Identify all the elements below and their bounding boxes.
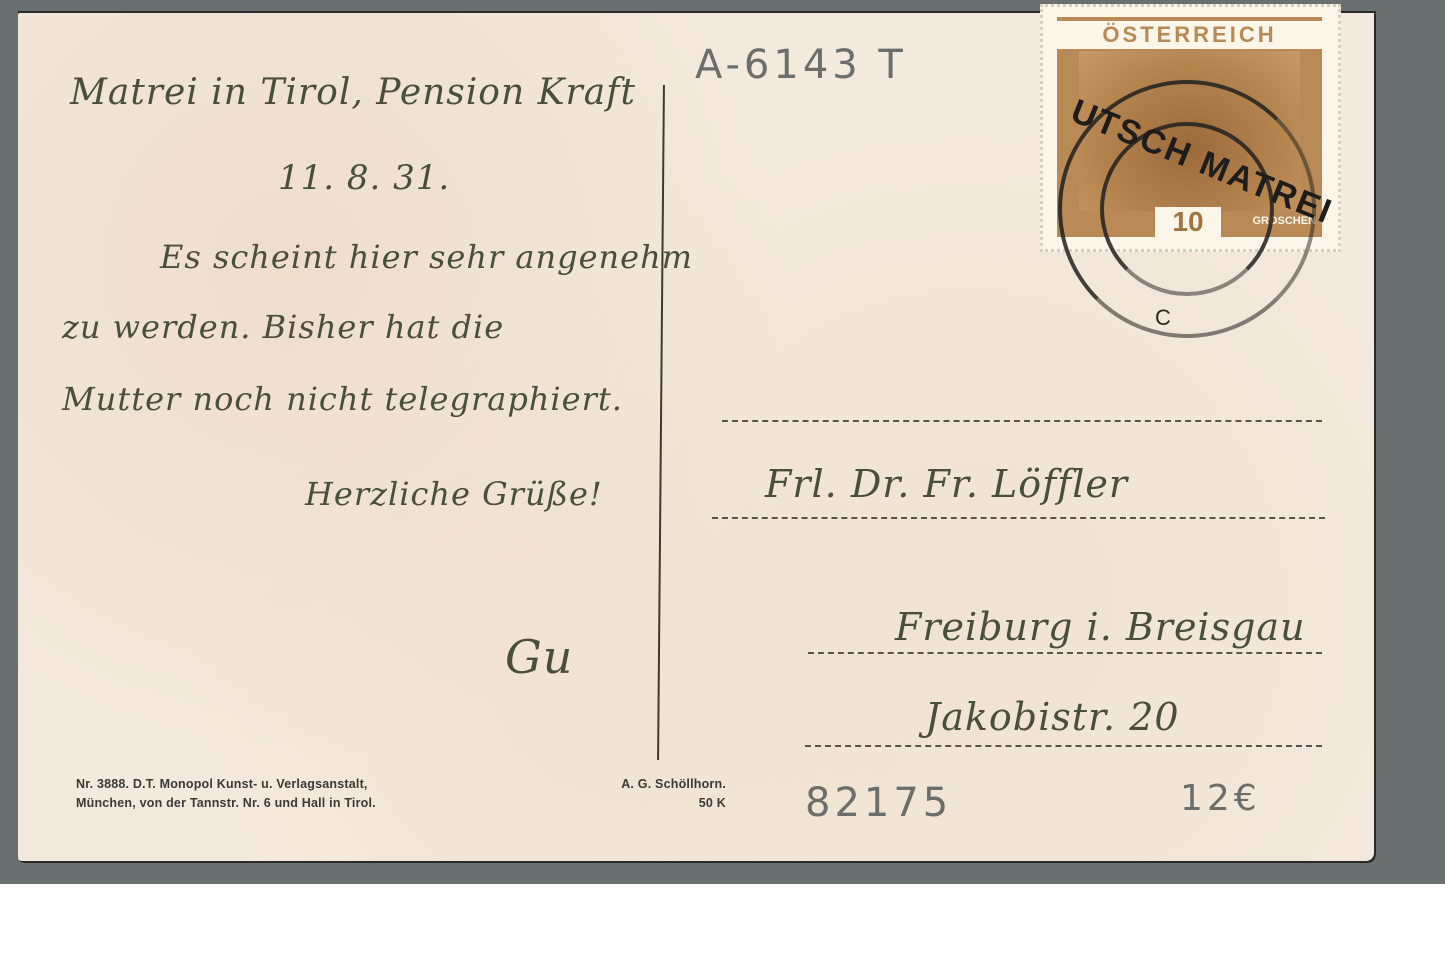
message-place-line: Matrei in Tirol, Pension Kraft <box>70 72 636 113</box>
stamp-country: ÖSTERREICH <box>1057 21 1322 49</box>
address-line-1 <box>722 420 1322 422</box>
message-body-line-1: Es scheint hier sehr angenehm <box>160 238 693 276</box>
address-street: Jakobistr. 20 <box>925 695 1180 739</box>
publisher-imprint: Nr. 3888. D.T. Monopol Kunst- u. Verlags… <box>76 775 726 813</box>
message-date: 11. 8. 31. <box>278 158 450 198</box>
imprint-line-2: München, von der Tannstr. Nr. 6 und Hall… <box>76 794 376 813</box>
message-body-line-3: Mutter noch nicht telegraphiert. <box>62 380 623 418</box>
imprint-publisher: A. G. Schöllhorn. <box>621 775 726 794</box>
message-closing: Herzliche Grüße! <box>305 475 603 513</box>
pencil-note-catalog: A-6143 T <box>695 42 907 88</box>
imprint-line-1: Nr. 3888. D.T. Monopol Kunst- u. Verlags… <box>76 775 368 794</box>
address-line-3 <box>808 652 1322 654</box>
pencil-note-price: 12€ <box>1180 778 1261 819</box>
message-body-line-2: zu werden. Bisher hat die <box>62 308 504 346</box>
message-signature: Gu <box>505 630 573 684</box>
postmark-letter: C <box>1155 305 1171 331</box>
address-line-4 <box>805 745 1322 747</box>
address-line-2 <box>712 517 1325 519</box>
address-recipient: Frl. Dr. Fr. Löffler <box>765 462 1128 506</box>
address-city: Freiburg i. Breisgau <box>895 605 1306 649</box>
pencil-note-number: 82175 <box>805 780 952 826</box>
imprint-code: 50 K <box>699 794 726 813</box>
